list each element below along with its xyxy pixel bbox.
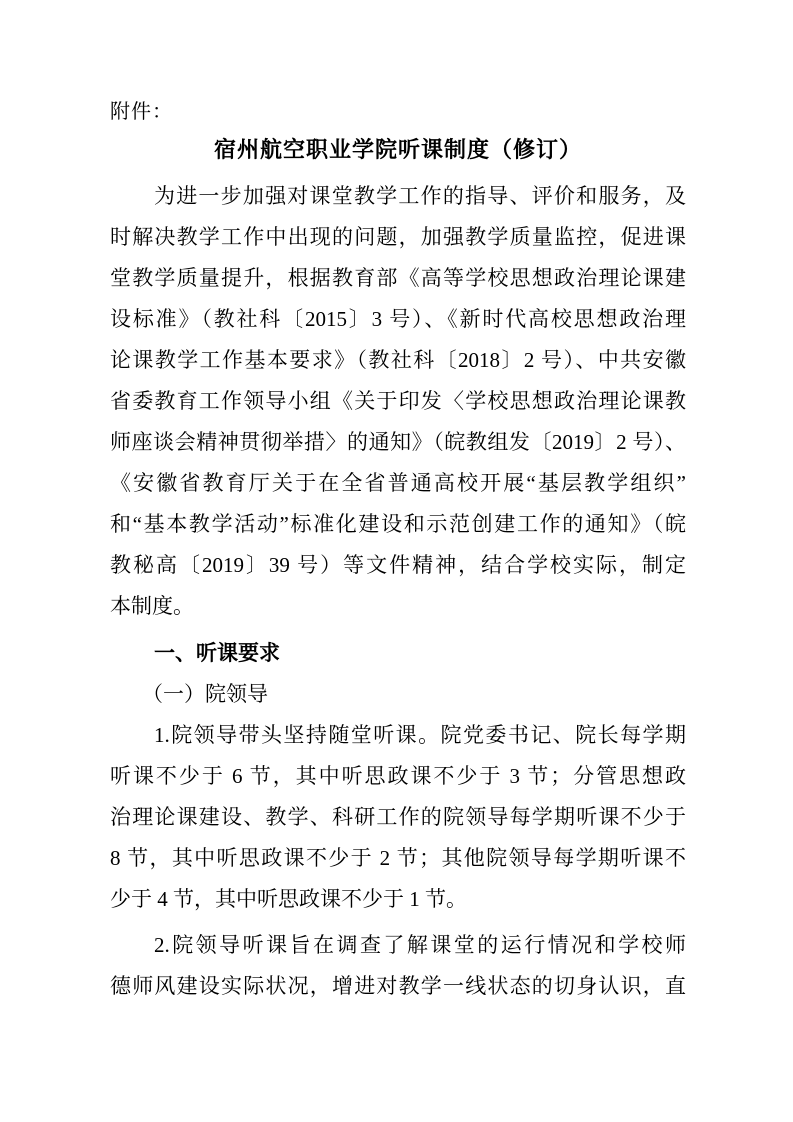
body-line: 德师风建设实际状况，增进对教学一线状态的切身认识，直 — [110, 966, 686, 1007]
subsection-heading-college-leaders: （一）院领导 — [110, 674, 686, 715]
intro-line: 论课教学工作基本要求》（教社科〔2018〕2 号）、中共安徽 — [110, 340, 686, 381]
intro-line: 本制度。 — [110, 586, 686, 627]
attachment-label: 附件： — [110, 100, 686, 124]
intro-line: 时解决教学工作中出现的问题，加强教学质量监控，促进课 — [110, 217, 686, 258]
intro-line: 教秘高〔2019〕39 号）等文件精神，结合学校实际，制定 — [110, 545, 686, 586]
intro-line: 堂教学质量提升，根据教育部《高等学校思想政治理论课建 — [110, 258, 686, 299]
body-line: 少于 4 节，其中听思政课不少于 1 节。 — [110, 879, 686, 920]
body-line: 2.院领导听课旨在调查了解课堂的运行情况和学校师 — [110, 925, 686, 966]
paragraph-item-1: 1.院领导带头坚持随堂听课。院党委书记、院长每学期 听课不少于 6 节，其中听思… — [110, 715, 686, 920]
section-heading-listening-requirements: 一、听课要求 — [110, 633, 686, 674]
document-title: 宿州航空职业学院听课制度（修订） — [110, 136, 686, 164]
paragraph-item-2: 2.院领导听课旨在调查了解课堂的运行情况和学校师 德师风建设实际状况，增进对教学… — [110, 925, 686, 1007]
intro-line: 和“基本教学活动”标准化建设和示范创建工作的通知》（皖 — [110, 504, 686, 545]
intro-line: 设标准》（教社科〔2015〕3 号）、《新时代高校思想政治理 — [110, 299, 686, 340]
intro-paragraph: 为进一步加强对课堂教学工作的指导、评价和服务，及 时解决教学工作中出现的问题，加… — [110, 176, 686, 627]
intro-line: 省委教育工作领导小组《关于印发〈学校思想政治理论课教 — [110, 381, 686, 422]
body-line: 听课不少于 6 节，其中听思政课不少于 3 节；分管思想政 — [110, 756, 686, 797]
body-line: 治理论课建设、教学、科研工作的院领导每学期听课不少于 — [110, 797, 686, 838]
document-page: 附件： 宿州航空职业学院听课制度（修订） 为进一步加强对课堂教学工作的指导、评价… — [0, 0, 793, 1122]
intro-line: 为进一步加强对课堂教学工作的指导、评价和服务，及 — [110, 176, 686, 217]
intro-line: 《安徽省教育厅关于在全省普通高校开展“基层教学组织” — [110, 463, 686, 504]
body-line: 1.院领导带头坚持随堂听课。院党委书记、院长每学期 — [110, 715, 686, 756]
intro-line: 师座谈会精神贯彻举措〉的通知》（皖教组发〔2019〕2 号）、 — [110, 422, 686, 463]
body-line: 8 节，其中听思政课不少于 2 节；其他院领导每学期听课不 — [110, 838, 686, 879]
